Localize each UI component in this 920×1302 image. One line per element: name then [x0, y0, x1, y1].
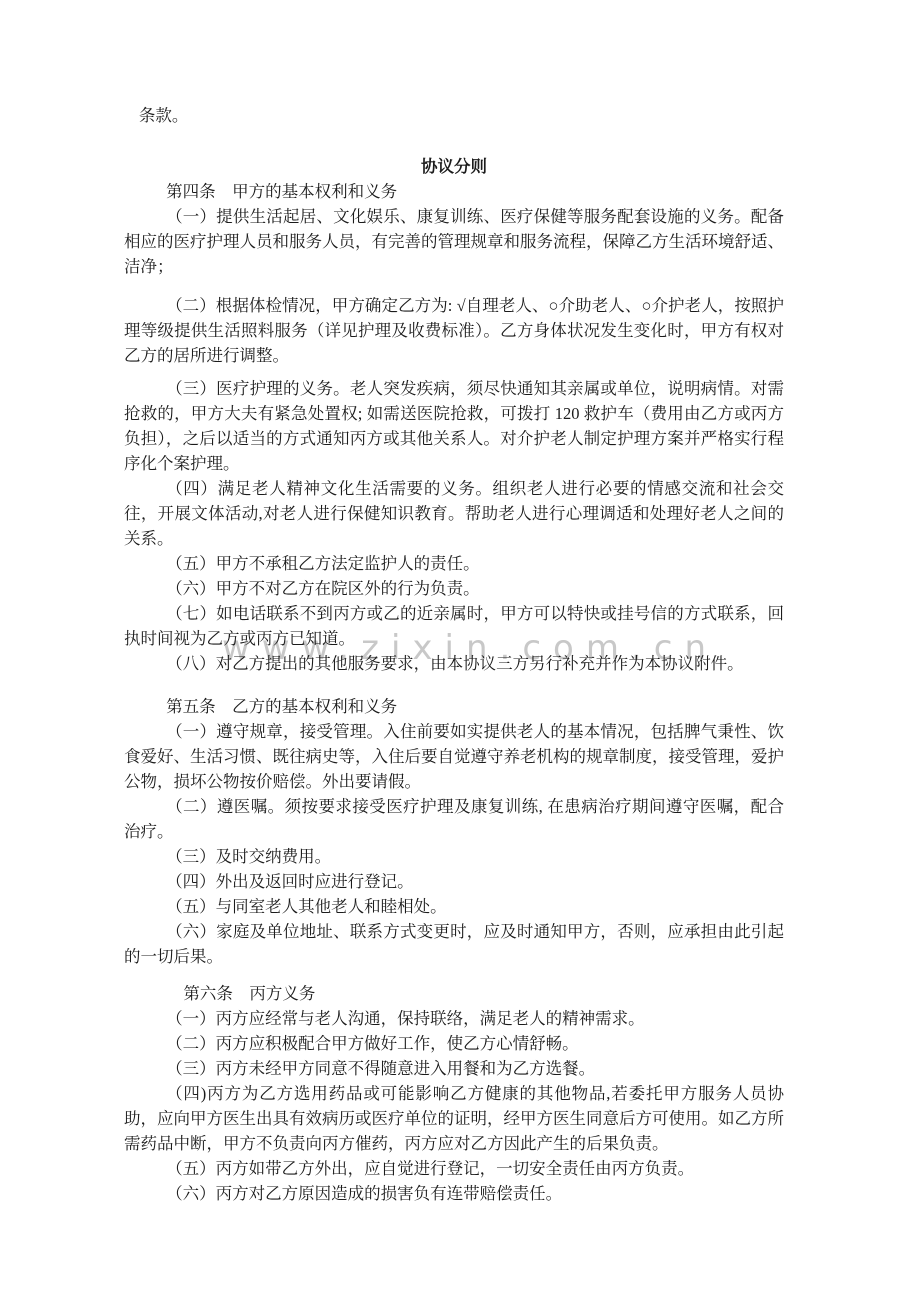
article-4-clause-5: （五）甲方不承租乙方法定监护人的责任。: [124, 551, 784, 576]
article-6-heading: 第六条 丙方义务: [124, 981, 784, 1006]
article-4-clause-1: （一）提供生活起居、文化娱乐、康复训练、医疗保健等服务配套设施的义务。配备相应的…: [124, 204, 784, 279]
article-5-heading: 第五条 乙方的基本权利和义务: [124, 694, 784, 719]
article-6-clause-1: （一）丙方应经常与老人沟通，保持联络，满足老人的精神需求。: [124, 1006, 784, 1031]
article-5-clause-3: （三）及时交纳费用。: [124, 844, 784, 869]
article-4-clause-4: （四）满足老人精神文化生活需要的义务。组织老人进行必要的情感交流和社会交往，开展…: [124, 476, 784, 551]
article-5-clause-4: （四）外出及返回时应进行登记。: [124, 869, 784, 894]
article-4-clause-2: （二）根据体检情况，甲方确定乙方为: √自理老人、○介助老人、○介护老人，按照护…: [124, 293, 784, 368]
document-page: www.zixin.com.cn 条款。 协议分则 第四条 甲方的基本权利和义务…: [0, 0, 920, 1302]
article-6-clause-3: （三）丙方未经甲方同意不得随意进入用餐和为乙方选餐。: [124, 1056, 784, 1081]
article-4-clause-7: （七）如电话联系不到丙方或乙的近亲属时，甲方可以特快或挂号信的方式联系，回执时间…: [124, 601, 784, 651]
article-6-clause-5: （五）丙方如带乙方外出，应自觉进行登记，一切安全责任由丙方负责。: [124, 1156, 784, 1181]
article-5-clause-1: （一）遵守规章，接受管理。入住前要如实提供老人的基本情况，包括脾气秉性、饮食爱好…: [124, 719, 784, 794]
article-4-clause-8: （八）对乙方提出的其他服务要求，由本协议三方另行补充并作为本协议附件。: [124, 651, 784, 676]
document-content: 条款。 协议分则 第四条 甲方的基本权利和义务 （一）提供生活起居、文化娱乐、康…: [124, 103, 784, 1206]
article-4-clause-6: （六）甲方不对乙方在院区外的行为负责。: [124, 576, 784, 601]
article-6-clause-4: （四)丙方为乙方选用药品或可能影响乙方健康的其他物品,若委托甲方服务人员协助，应…: [124, 1081, 784, 1156]
article-6-clause-2: （二）丙方应积极配合甲方做好工作，使乙方心情舒畅。: [124, 1031, 784, 1056]
article-5-clause-6: （六）家庭及单位地址、联系方式变更时，应及时通知甲方，否则，应承担由此引起的一切…: [124, 919, 784, 969]
intro-fragment: 条款。: [124, 103, 784, 128]
article-6-clause-6: （六）丙方对乙方原因造成的损害负有连带赔偿责任。: [124, 1181, 784, 1206]
article-4-clause-3: （三）医疗护理的义务。老人突发疾病，须尽快通知其亲属或单位，说明病情。对需抢救的…: [124, 376, 784, 476]
article-5-clause-2: （二）遵医嘱。须按要求接受医疗护理及康复训练, 在患病治疗期间遵守医嘱，配合治疗…: [124, 794, 784, 844]
article-4-heading: 第四条 甲方的基本权利和义务: [124, 179, 784, 204]
document-title: 协议分则: [124, 154, 784, 179]
article-5-clause-5: （五）与同室老人其他老人和睦相处。: [124, 894, 784, 919]
